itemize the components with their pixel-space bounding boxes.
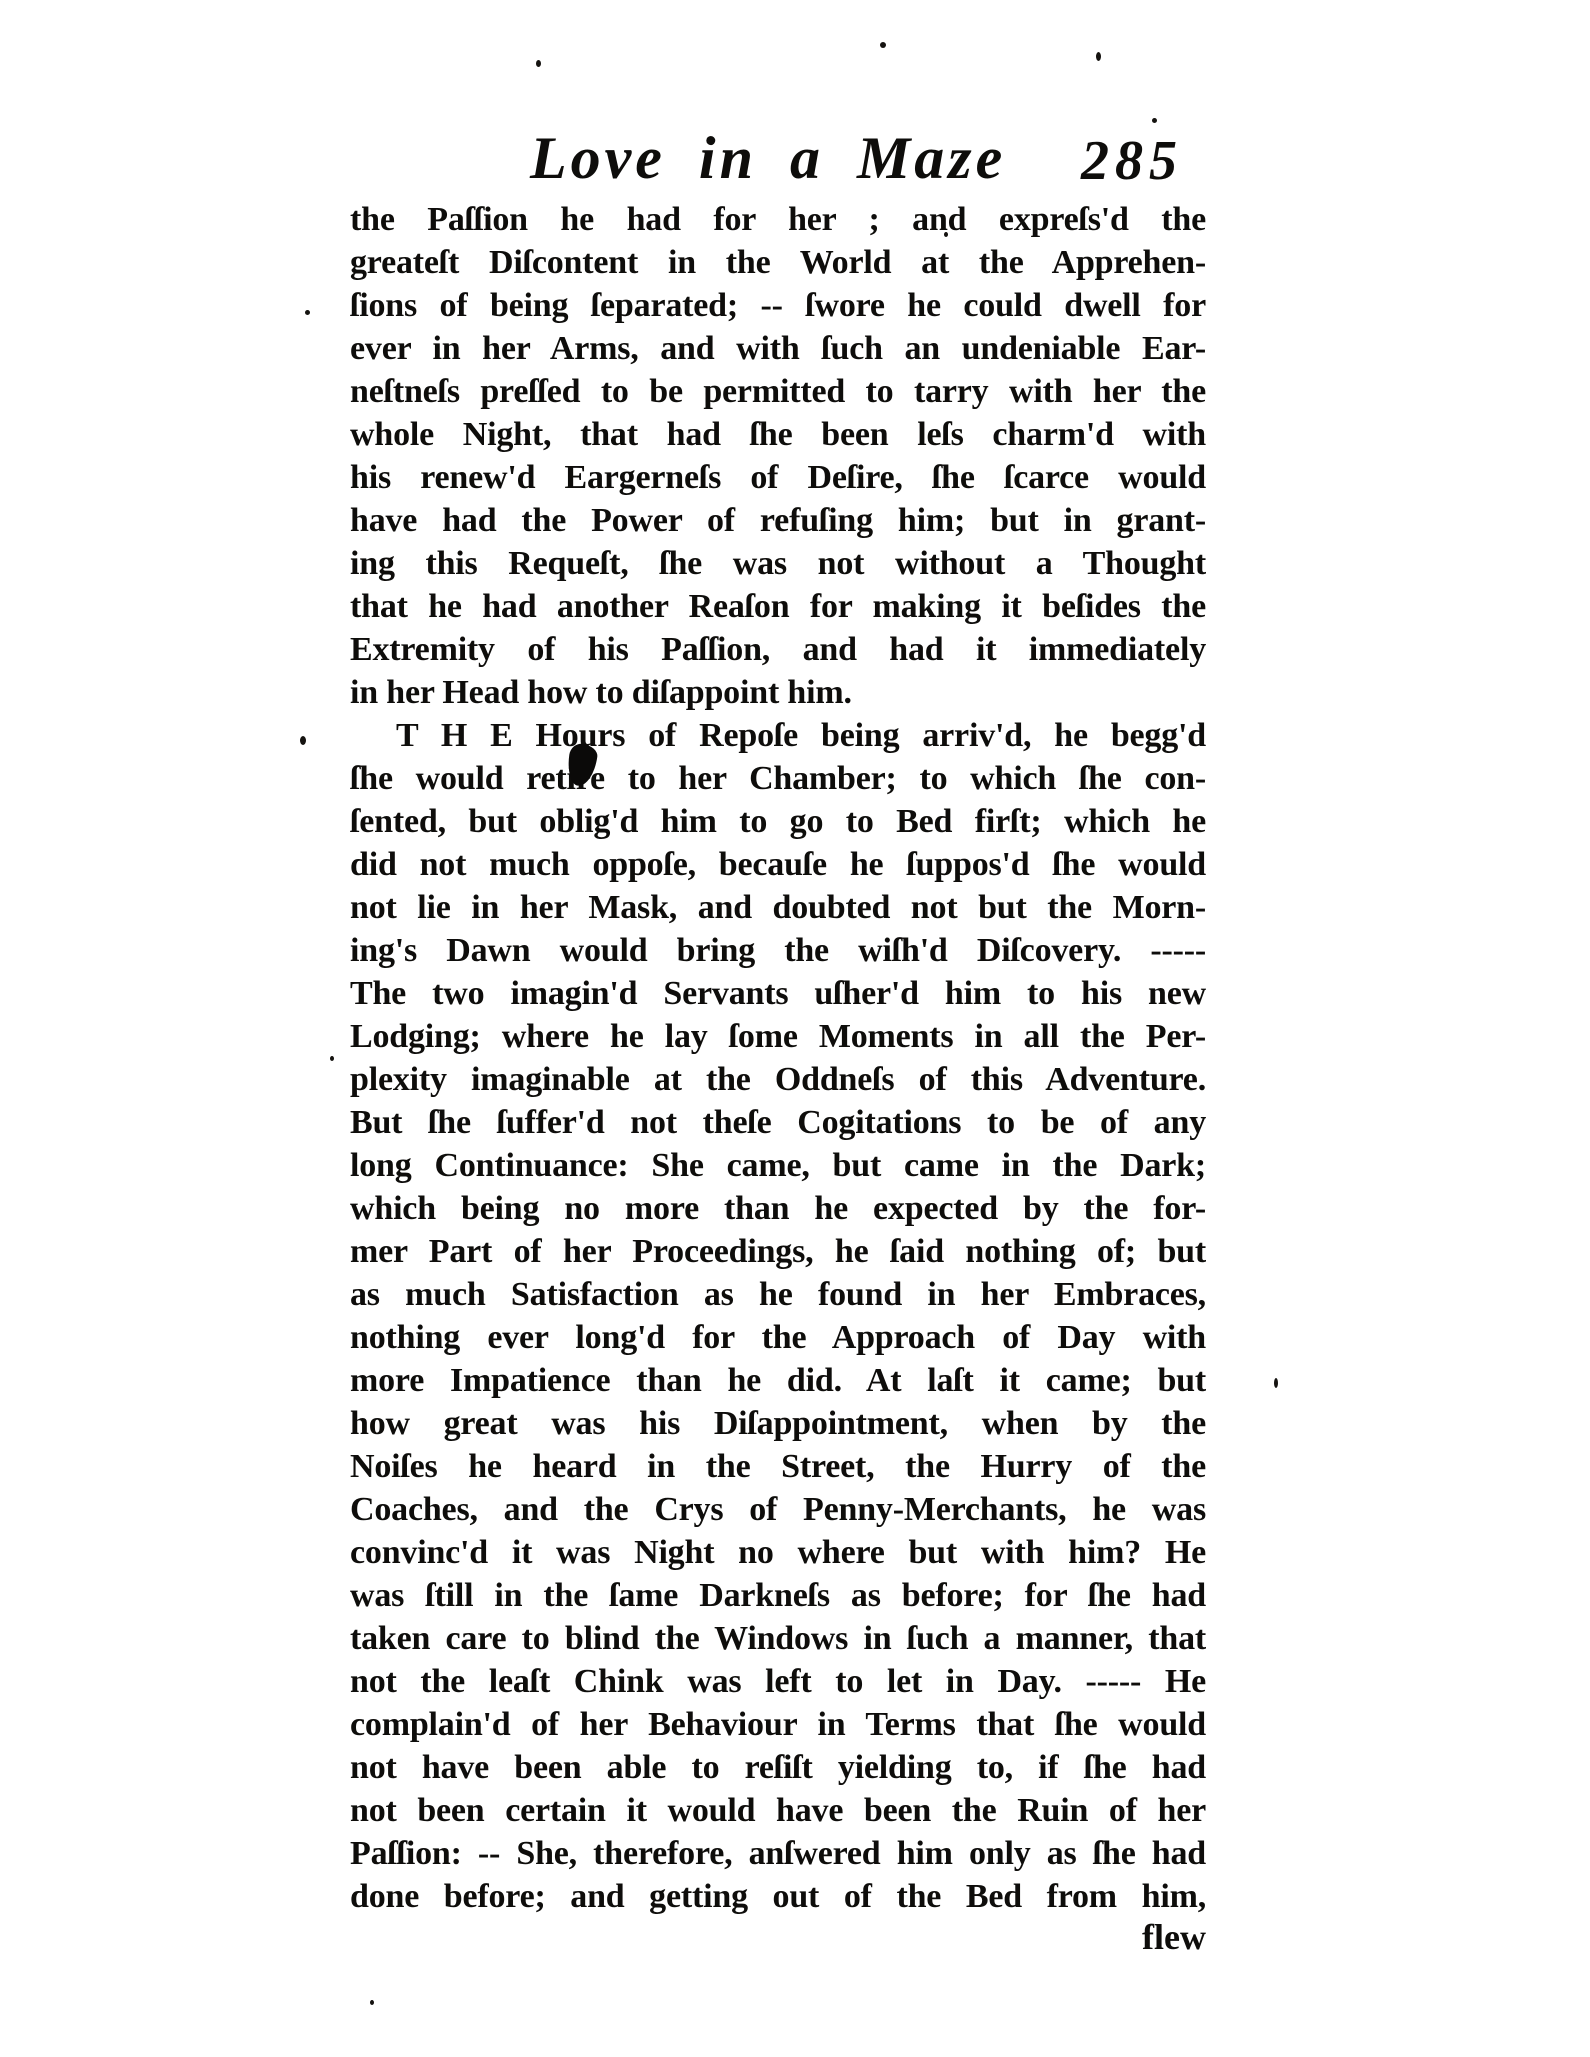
text-line: ing this Requeſt, ſhe was not without a … (350, 542, 1206, 585)
text-line: long Continuance: She came, but came in … (350, 1144, 1206, 1187)
text-line: T H E Hours of Repoſe being arriv'd, he … (350, 714, 1206, 757)
catchword-row: flew (350, 1916, 1206, 1958)
text-line: more Impatience than he did. At laſt it … (350, 1359, 1206, 1402)
text-line: which being no more than he expected by … (350, 1187, 1206, 1230)
ink-speck (1152, 118, 1157, 123)
page-number: 285 (1081, 129, 1205, 193)
text-line: ſhe would retire to her Chamber; to whic… (350, 757, 1206, 800)
text-line: done before; and getting out of the Bed … (350, 1875, 1206, 1918)
page-title: Love in a Maze (350, 124, 1006, 193)
body-text: the Paſſion he had for her ; and expreſs… (350, 198, 1206, 1918)
text-line: convinc'd it was Night no where but with… (350, 1531, 1206, 1574)
ink-speck (330, 1056, 334, 1061)
text-line: Coaches, and the Crys of Penny-Merchants… (350, 1488, 1206, 1531)
text-line: neſtneſs preſſed to be permitted to tarr… (350, 370, 1206, 413)
ink-speck (1096, 52, 1101, 61)
text-line: have had the Power of refuſing him; but … (350, 499, 1206, 542)
text-line: mer Part of her Proceedings, he ſaid not… (350, 1230, 1206, 1273)
text-line: not been certain it would have been the … (350, 1789, 1206, 1832)
text-line: greateſt Diſcontent in the World at the … (350, 241, 1206, 284)
text-line: ever in her Arms, and with ſuch an unden… (350, 327, 1206, 370)
text-line: not lie in her Mask, and doubted not but… (350, 886, 1206, 929)
text-line: ſions of being ſeparated; -- ſwore he co… (350, 284, 1206, 327)
text-line: plexity imaginable at the Oddneſs of thi… (350, 1058, 1206, 1101)
text-line: in her Head how to diſappoint him. (350, 671, 1206, 714)
text-line: not the leaſt Chink was left to let in D… (350, 1660, 1206, 1703)
text-line: as much Satisfaction as he found in her … (350, 1273, 1206, 1316)
text-line: But ſhe ſuffer'd not theſe Cogitations t… (350, 1101, 1206, 1144)
text-line: ing's Dawn would bring the wiſh'd Diſcov… (350, 929, 1206, 972)
text-line: did not much oppoſe, becauſe he ſuppos'd… (350, 843, 1206, 886)
text-line: nothing ever long'd for the Approach of … (350, 1316, 1206, 1359)
text-line: Paſſion: -- She, therefore, anſwered him… (350, 1832, 1206, 1875)
text-line: that he had another Reaſon for making it… (350, 585, 1206, 628)
book-page-scan: Love in a Maze 285 the Paſſion he had fo… (0, 0, 1590, 2057)
text-line: the Paſſion he had for her ; and expreſs… (350, 198, 1206, 241)
text-line: The two imagin'd Servants uſher'd him to… (350, 972, 1206, 1015)
text-line: Extremity of his Paſſion, and had it imm… (350, 628, 1206, 671)
text-line: how great was his Diſappointment, when b… (350, 1402, 1206, 1445)
text-line: complain'd of her Behaviour in Terms tha… (350, 1703, 1206, 1746)
ink-speck (536, 60, 541, 67)
ink-speck (880, 42, 886, 48)
running-header: Love in a Maze 285 (350, 98, 1205, 193)
text-line: his renew'd Eargerneſs of Deſire, ſhe ſc… (350, 456, 1206, 499)
ink-speck (370, 2000, 374, 2005)
ink-speck (1274, 1378, 1278, 1388)
ink-speck (944, 232, 948, 237)
text-line: Lodging; where he lay ſome Moments in al… (350, 1015, 1206, 1058)
text-line: not have been able to reſiſt yielding to… (350, 1746, 1206, 1789)
text-line: taken care to blind the Windows in ſuch … (350, 1617, 1206, 1660)
text-line: whole Night, that had ſhe been leſs char… (350, 413, 1206, 456)
text-line: Noiſes he heard in the Street, the Hurry… (350, 1445, 1206, 1488)
text-line: ſented, but oblig'd him to go to Bed fir… (350, 800, 1206, 843)
catchword: flew (1142, 1917, 1206, 1957)
ink-speck (300, 736, 306, 745)
text-line: was ſtill in the ſame Darkneſs as before… (350, 1574, 1206, 1617)
ink-speck (305, 310, 310, 315)
